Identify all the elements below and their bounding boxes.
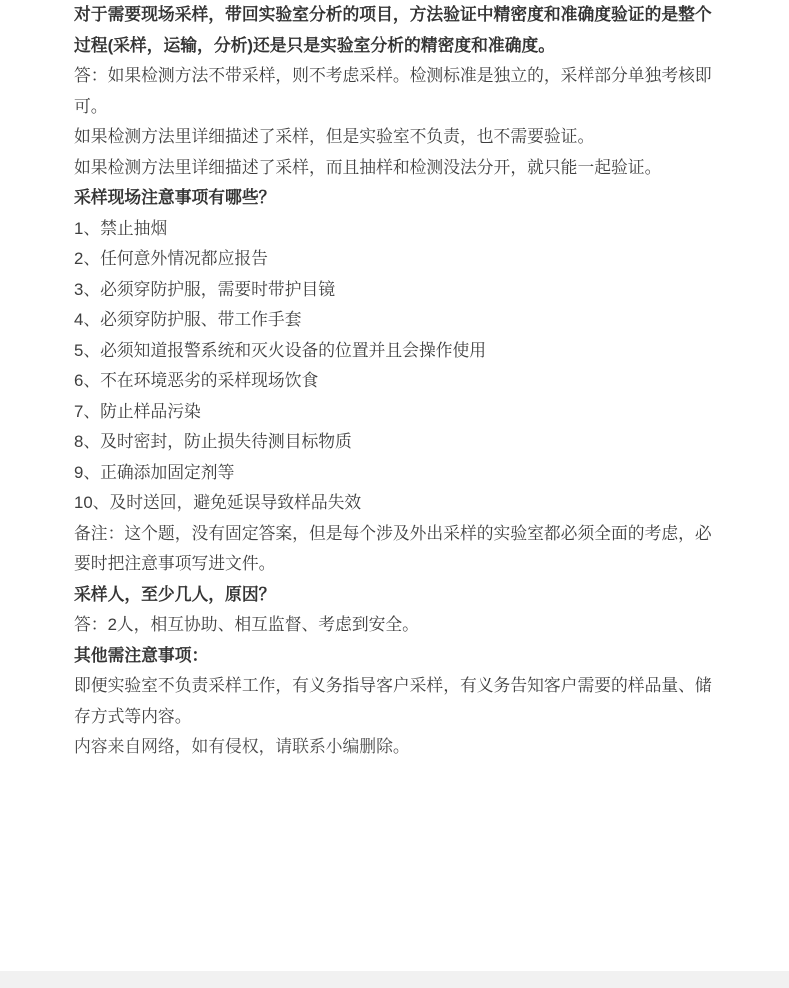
other-notes-paragraph: 即便实验室不负责采样工作，有义务指导客户采样，有义务告知客户需要的样品量、储存方… bbox=[74, 671, 714, 732]
site-note-item: 8、及时密封，防止损失待测目标物质 bbox=[74, 427, 714, 458]
intro-answer-paragraph: 答：如果检测方法不带采样，则不考虑采样。检测标准是独立的，采样部分单独考核即可。 bbox=[74, 61, 714, 122]
site-note-item: 2、任何意外情况都应报告 bbox=[74, 244, 714, 275]
site-notes-heading: 采样现场注意事项有哪些？ bbox=[74, 183, 714, 214]
site-note-item: 5、必须知道报警系统和灭火设备的位置并且会操作使用 bbox=[74, 336, 714, 367]
footer-background-bar bbox=[0, 971, 789, 988]
samplers-answer: 答：2人，相互协助、相互监督、考虑到安全。 bbox=[74, 610, 714, 641]
site-note-item: 7、防止样品污染 bbox=[74, 397, 714, 428]
site-notes-remark: 备注：这个题，没有固定答案，但是每个涉及外出采样的实验室都必须全面的考虑，必要时… bbox=[74, 519, 714, 580]
intro-question-paragraph: 对于需要现场采样，带回实验室分析的项目，方法验证中精密度和准确度验证的是整个过程… bbox=[74, 0, 714, 61]
site-note-item: 4、必须穿防护服、带工作手套 bbox=[74, 305, 714, 336]
site-note-item: 3、必须穿防护服，需要时带护目镜 bbox=[74, 275, 714, 306]
site-note-item: 9、正确添加固定剂等 bbox=[74, 458, 714, 489]
site-note-item: 10、及时送回，避免延误导致样品失效 bbox=[74, 488, 714, 519]
intro-answer-paragraph: 如果检测方法里详细描述了采样，而且抽样和检测没法分开，就只能一起验证。 bbox=[74, 153, 714, 184]
samplers-heading: 采样人，至少几人，原因？ bbox=[74, 580, 714, 611]
site-note-item: 6、不在环境恶劣的采样现场饮食 bbox=[74, 366, 714, 397]
other-notes-heading: 其他需注意事项： bbox=[74, 641, 714, 672]
intro-answer-paragraph: 如果检测方法里详细描述了采样，但是实验室不负责，也不需要验证。 bbox=[74, 122, 714, 153]
article-body: 对于需要现场采样，带回实验室分析的项目，方法验证中精密度和准确度验证的是整个过程… bbox=[74, 0, 714, 763]
site-note-item: 1、禁止抽烟 bbox=[74, 214, 714, 245]
source-disclaimer: 内容来自网络，如有侵权，请联系小编删除。 bbox=[74, 732, 714, 763]
